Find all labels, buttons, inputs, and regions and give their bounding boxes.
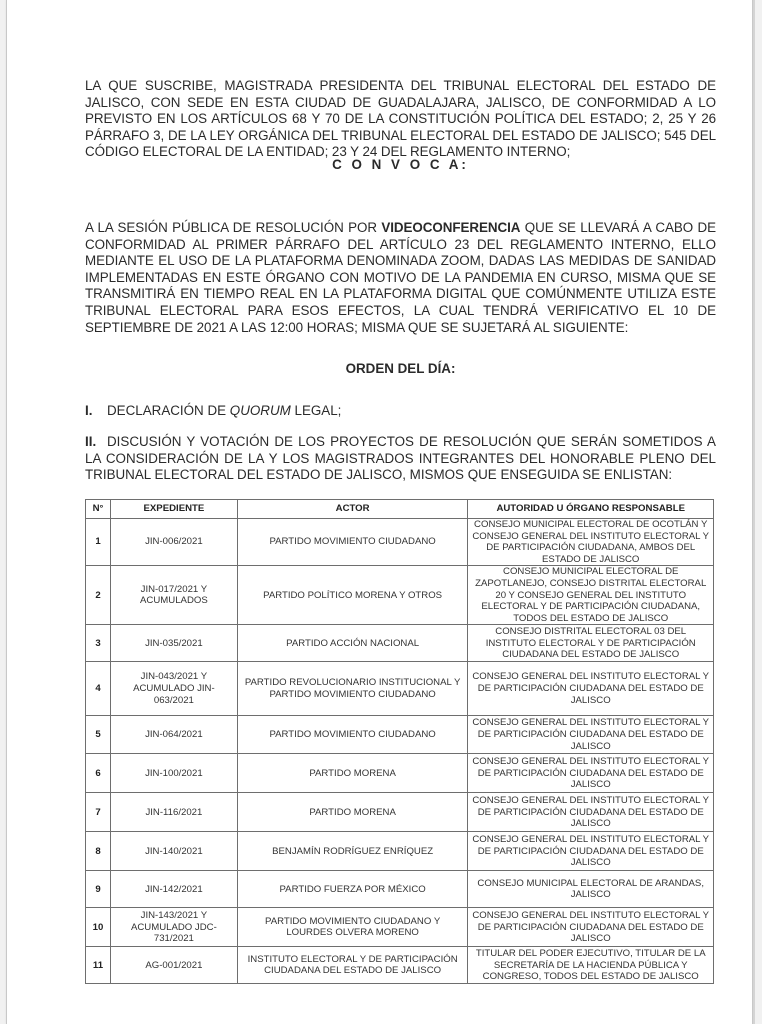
header-actor: ACTOR <box>237 500 468 519</box>
cell-number: 5 <box>86 716 111 754</box>
table-row: 5JIN-064/2021PARTIDO MOVIMIENTO CIUDADAN… <box>86 716 714 754</box>
table-row: 1JIN-006/2021PARTIDO MOVIMIENTO CIUDADAN… <box>86 519 714 566</box>
cell-autoridad: CONSEJO DISTRITAL ELECTORAL 03 DEL INSTI… <box>468 625 714 662</box>
table-row: 6JIN-100/2021PARTIDO MORENACONSEJO GENER… <box>86 754 714 793</box>
cell-autoridad: CONSEJO MUNICIPAL ELECTORAL DE OCOTLÁN Y… <box>468 519 714 566</box>
orden-del-dia-heading: ORDEN DEL DÍA: <box>85 361 716 376</box>
cell-number: 1 <box>86 519 111 566</box>
cell-number: 9 <box>86 871 111 908</box>
cell-actor: PARTIDO MOVIMIENTO CIUDADANO Y LOURDES O… <box>237 908 468 947</box>
cell-expediente: JIN-140/2021 <box>110 832 237 871</box>
cell-autoridad: CONSEJO MUNICIPAL ELECTORAL DE ARANDAS, … <box>468 871 714 908</box>
resolutions-table: N° EXPEDIENTE ACTOR AUTORIDAD U ÓRGANO R… <box>85 499 714 984</box>
cell-actor: PARTIDO ACCIÓN NACIONAL <box>237 625 468 662</box>
convocation-text-before: A LA SESIÓN PÚBLICA DE RESOLUCIÓN POR <box>85 220 381 235</box>
table-row: 2JIN-017/2021 Y ACUMULADOSPARTIDO POLÍTI… <box>86 566 714 625</box>
cell-number: 10 <box>86 908 111 947</box>
table-header-row: N° EXPEDIENTE ACTOR AUTORIDAD U ÓRGANO R… <box>86 500 714 519</box>
agenda-numeral: II. <box>85 434 107 451</box>
agenda-item-1: I.DECLARACIÓN DE QUORUM LEGAL; <box>85 403 716 420</box>
cell-actor: PARTIDO MORENA <box>237 793 468 832</box>
cell-autoridad: CONSEJO GENERAL DEL INSTITUTO ELECTORAL … <box>468 832 714 871</box>
table-row: 11AG-001/2021INSTITUTO ELECTORAL Y DE PA… <box>86 947 714 984</box>
agenda-item-text: DECLARACIÓN DE <box>107 403 230 418</box>
cell-actor: PARTIDO REVOLUCIONARIO INSTITUCIONAL Y P… <box>237 662 468 716</box>
cell-number: 6 <box>86 754 111 793</box>
cell-autoridad: CONSEJO GENERAL DEL INSTITUTO ELECTORAL … <box>468 908 714 947</box>
agenda-numeral: I. <box>85 403 107 420</box>
cell-actor: PARTIDO MOVIMIENTO CIUDADANO <box>237 716 468 754</box>
table-row: 4JIN-043/2021 Y ACUMULADO JIN-063/2021PA… <box>86 662 714 716</box>
table-row: 3JIN-035/2021PARTIDO ACCIÓN NACIONALCONS… <box>86 625 714 662</box>
cell-expediente: JIN-043/2021 Y ACUMULADO JIN-063/2021 <box>110 662 237 716</box>
convocation-paragraph: A LA SESIÓN PÚBLICA DE RESOLUCIÓN POR VI… <box>85 220 716 336</box>
cell-expediente: JIN-116/2021 <box>110 793 237 832</box>
cell-actor: PARTIDO MORENA <box>237 754 468 793</box>
cell-autoridad: CONSEJO MUNICIPAL ELECTORAL DE ZAPOTLANE… <box>468 566 714 625</box>
table-row: 7JIN-116/2021PARTIDO MORENACONSEJO GENER… <box>86 793 714 832</box>
cell-number: 4 <box>86 662 111 716</box>
document-page: LA QUE SUSCRIBE, MAGISTRADA PRESIDENTA D… <box>6 0 753 1024</box>
cell-actor: PARTIDO POLÍTICO MORENA Y OTROS <box>237 566 468 625</box>
cell-expediente: JIN-017/2021 Y ACUMULADOS <box>110 566 237 625</box>
cell-expediente: JIN-100/2021 <box>110 754 237 793</box>
cell-number: 11 <box>86 947 111 984</box>
cell-actor: PARTIDO FUERZA POR MÉXICO <box>237 871 468 908</box>
cell-autoridad: CONSEJO GENERAL DEL INSTITUTO ELECTORAL … <box>468 754 714 793</box>
convocation-text-after: QUE SE LLEVARÁ A CABO DE CONFORMIDAD AL … <box>85 220 716 335</box>
cell-expediente: JIN-006/2021 <box>110 519 237 566</box>
cell-expediente: AG-001/2021 <box>110 947 237 984</box>
cell-expediente: JIN-143/2021 Y ACUMULADO JDC-731/2021 <box>110 908 237 947</box>
convoca-heading: C O N V O C A: <box>85 157 716 172</box>
cell-number: 3 <box>86 625 111 662</box>
agenda-item-text: DISCUSIÓN Y VOTACIÓN DE LOS PROYECTOS DE… <box>85 434 716 482</box>
cell-expediente: JIN-142/2021 <box>110 871 237 908</box>
header-number: N° <box>86 500 111 519</box>
cell-autoridad: TITULAR DEL PODER EJECUTIVO, TITULAR DE … <box>468 947 714 984</box>
table-row: 9JIN-142/2021PARTIDO FUERZA POR MÉXICOCO… <box>86 871 714 908</box>
cell-actor: INSTITUTO ELECTORAL Y DE PARTICIPACIÓN C… <box>237 947 468 984</box>
header-expediente: EXPEDIENTE <box>110 500 237 519</box>
cell-autoridad: CONSEJO GENERAL DEL INSTITUTO ELECTORAL … <box>468 716 714 754</box>
cell-number: 7 <box>86 793 111 832</box>
cell-number: 8 <box>86 832 111 871</box>
page-edge <box>753 0 755 1024</box>
cell-expediente: JIN-035/2021 <box>110 625 237 662</box>
quorum-italic: QUORUM <box>230 403 291 418</box>
cell-actor: BENJAMÍN RODRÍGUEZ ENRÍQUEZ <box>237 832 468 871</box>
cell-expediente: JIN-064/2021 <box>110 716 237 754</box>
table-row: 10JIN-143/2021 Y ACUMULADO JDC-731/2021P… <box>86 908 714 947</box>
cell-number: 2 <box>86 566 111 625</box>
preamble-paragraph: LA QUE SUSCRIBE, MAGISTRADA PRESIDENTA D… <box>85 78 716 161</box>
videoconferencia-emphasis: VIDEOCONFERENCIA <box>381 220 520 235</box>
cell-autoridad: CONSEJO GENERAL DEL INSTITUTO ELECTORAL … <box>468 662 714 716</box>
agenda-item-2: II.DISCUSIÓN Y VOTACIÓN DE LOS PROYECTOS… <box>85 434 716 484</box>
cell-actor: PARTIDO MOVIMIENTO CIUDADANO <box>237 519 468 566</box>
table-row: 8JIN-140/2021BENJAMÍN RODRÍGUEZ ENRÍQUEZ… <box>86 832 714 871</box>
cell-autoridad: CONSEJO GENERAL DEL INSTITUTO ELECTORAL … <box>468 793 714 832</box>
header-autoridad: AUTORIDAD U ÓRGANO RESPONSABLE <box>468 500 714 519</box>
agenda-item-text-end: LEGAL; <box>291 403 342 418</box>
